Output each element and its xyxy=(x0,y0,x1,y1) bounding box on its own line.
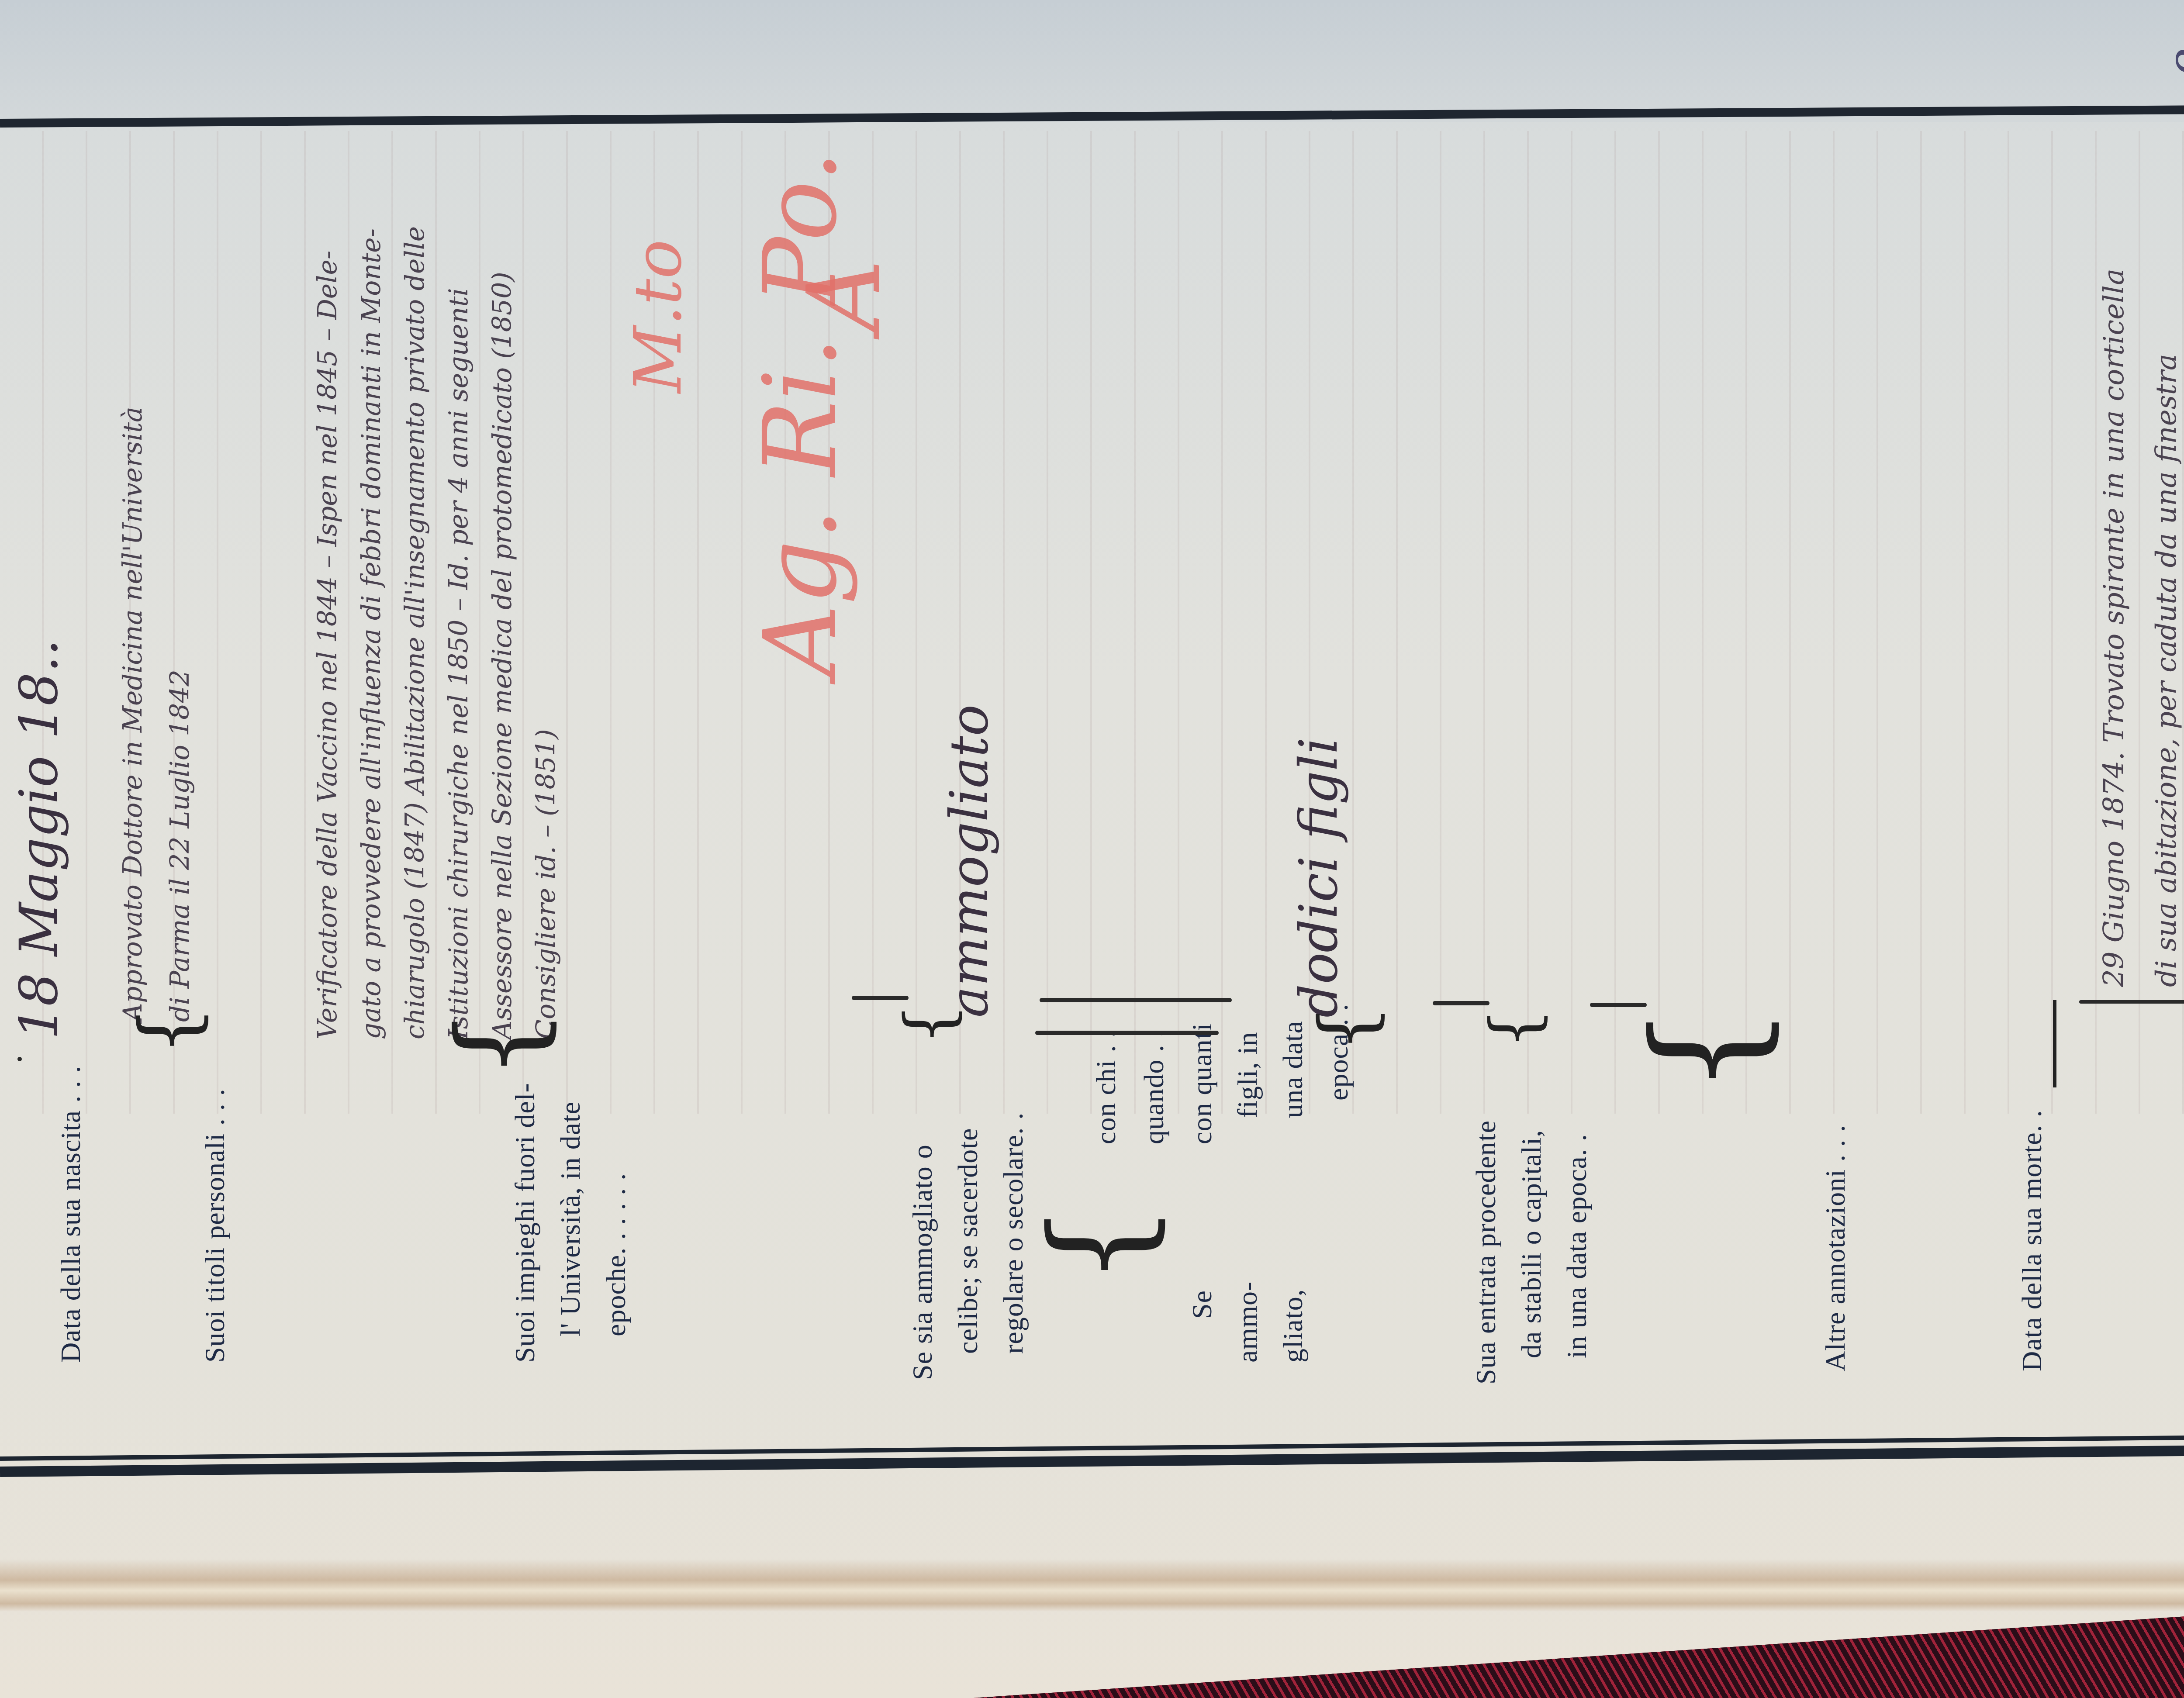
label-death-date: Data della sua morte. . xyxy=(2009,1110,2055,1371)
page-edge-stain xyxy=(0,1559,2184,1612)
value-birth-date: 18 Maggio 18.. xyxy=(9,639,69,1039)
value-death-date: 29 Giugno 1874. Trovato spirante in una … xyxy=(2088,269,2184,987)
value-other-employments: Verificatore della Vaccino nel 1844 – Is… xyxy=(306,226,568,1039)
brace-children: { xyxy=(1310,1005,1384,1052)
red-annotation-2: M.to xyxy=(620,239,696,393)
employment-line-3: chiarugolo (1847) Abilitazione all'inseg… xyxy=(393,226,437,1039)
brace-employments: { xyxy=(442,1008,556,1080)
label-line-2: celibe; se sacerdote xyxy=(945,1112,991,1380)
group-line-2: ammo- xyxy=(1225,1281,1270,1363)
value-children: dodici figli xyxy=(1289,737,1349,1018)
label-with-whom: con chi . . xyxy=(1083,1030,1129,1144)
personal-titles-line-2: di Parma il 22 Luglio 1842 xyxy=(156,407,204,1022)
employment-line-1: Verificatore della Vaccino nel 1844 – Is… xyxy=(306,226,349,1039)
label-income: Sua entrata procedente da stabili o capi… xyxy=(1463,1120,1600,1384)
children-line-1: con quanti xyxy=(1179,1004,1225,1144)
separator xyxy=(1040,998,1232,1002)
group-line-1: Se xyxy=(1179,1281,1225,1363)
separator xyxy=(852,996,909,1000)
employment-line-2: gato a provvedere all'influenza di febbr… xyxy=(349,226,393,1039)
label-personal-titles: Suoi titoli personali . . . xyxy=(192,1088,238,1363)
death-divider xyxy=(2053,1000,2056,1087)
red-annotation-3: A xyxy=(786,259,903,332)
facing-page-edge xyxy=(0,0,2184,122)
label-birth-date: Data della sua nascita . . . xyxy=(48,1066,93,1363)
red-annotation-1: Ag. Ri. Po. xyxy=(743,151,859,677)
brace-income: { xyxy=(1482,1008,1548,1049)
document-page: 8 Data della sua nascita . . . 18 Maggio… xyxy=(0,0,2184,1698)
book-cover-marbled xyxy=(830,1616,2184,1698)
separator-with-whom xyxy=(1035,1031,1219,1035)
employment-line-6: Consigliere id. – (1851) xyxy=(524,226,568,1039)
group-line-3: gliato, xyxy=(1270,1281,1316,1363)
label-line-3: epoche. . . . . . xyxy=(593,1083,639,1363)
label-line-1: Sua entrata procedente xyxy=(1463,1120,1509,1384)
dot xyxy=(17,1057,22,1061)
label-line-3: in una data epoca. . xyxy=(1554,1120,1600,1384)
brace-marital: { xyxy=(897,1003,962,1045)
death-underline xyxy=(2079,1000,2184,1004)
separator xyxy=(1433,1001,1489,1005)
label-line-1: Se sia ammogliato o xyxy=(900,1112,945,1380)
label-if-married-group: Se ammo- gliato, xyxy=(1179,1281,1316,1363)
label-line-1: Suoi impieghi fuori del- xyxy=(502,1083,548,1363)
label-when: quando . . xyxy=(1131,1030,1177,1144)
children-line-2: figli, in xyxy=(1225,1004,1270,1144)
personal-titles-line-1: Approvato Dottore in Medicina nell'Unive… xyxy=(109,407,156,1022)
page-number: 8 xyxy=(2167,48,2184,78)
death-line-2: di sua abitazione, per caduta da una fin… xyxy=(2140,269,2184,987)
label-other-notes: Altre annotazioni . . . xyxy=(1813,1125,1858,1371)
brace-other-notes: { xyxy=(1634,1004,1778,1096)
label-line-2: l' Università, in date xyxy=(548,1083,593,1363)
death-line-1: 29 Giugno 1874. Trovato spirante in una … xyxy=(2088,269,2140,987)
label-marital-status: Se sia ammogliato o celibe; se sacerdote… xyxy=(900,1112,1036,1380)
label-line-2: da stabili o capitali, xyxy=(1509,1120,1554,1384)
brace-personal-titles: { xyxy=(130,1006,208,1056)
brace-if-married: { xyxy=(1033,1203,1164,1287)
value-personal-titles: Approvato Dottore in Medicina nell'Unive… xyxy=(109,407,204,1022)
value-marital-status: ammogliato xyxy=(939,704,1000,1018)
employment-line-5: Assessore nella Sezione medica del proto… xyxy=(480,226,524,1039)
separator xyxy=(1590,1003,1647,1007)
employment-line-4: Istituzioni chirurgiche nel 1850 – Id. p… xyxy=(437,226,480,1039)
label-other-employments: Suoi impieghi fuori del- l' Università, … xyxy=(502,1083,639,1363)
